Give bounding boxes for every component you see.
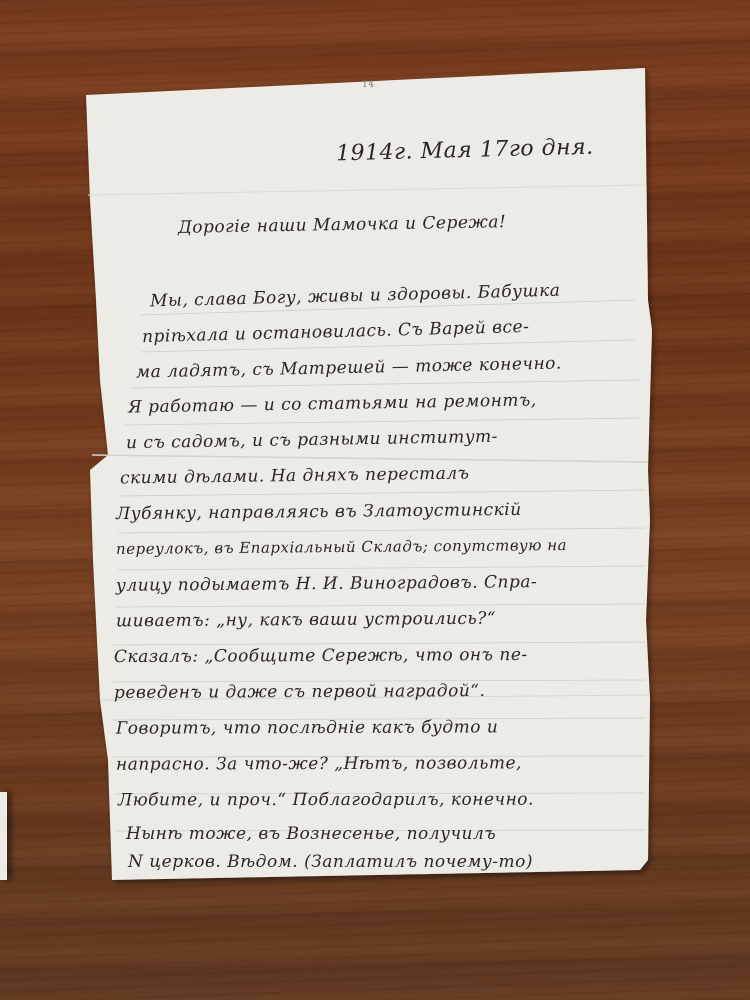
paper-sheet <box>0 0 750 1000</box>
handwritten-letter: 14 1914г. Мая 17го дня. Дорогіе наши Мам… <box>0 0 750 1000</box>
